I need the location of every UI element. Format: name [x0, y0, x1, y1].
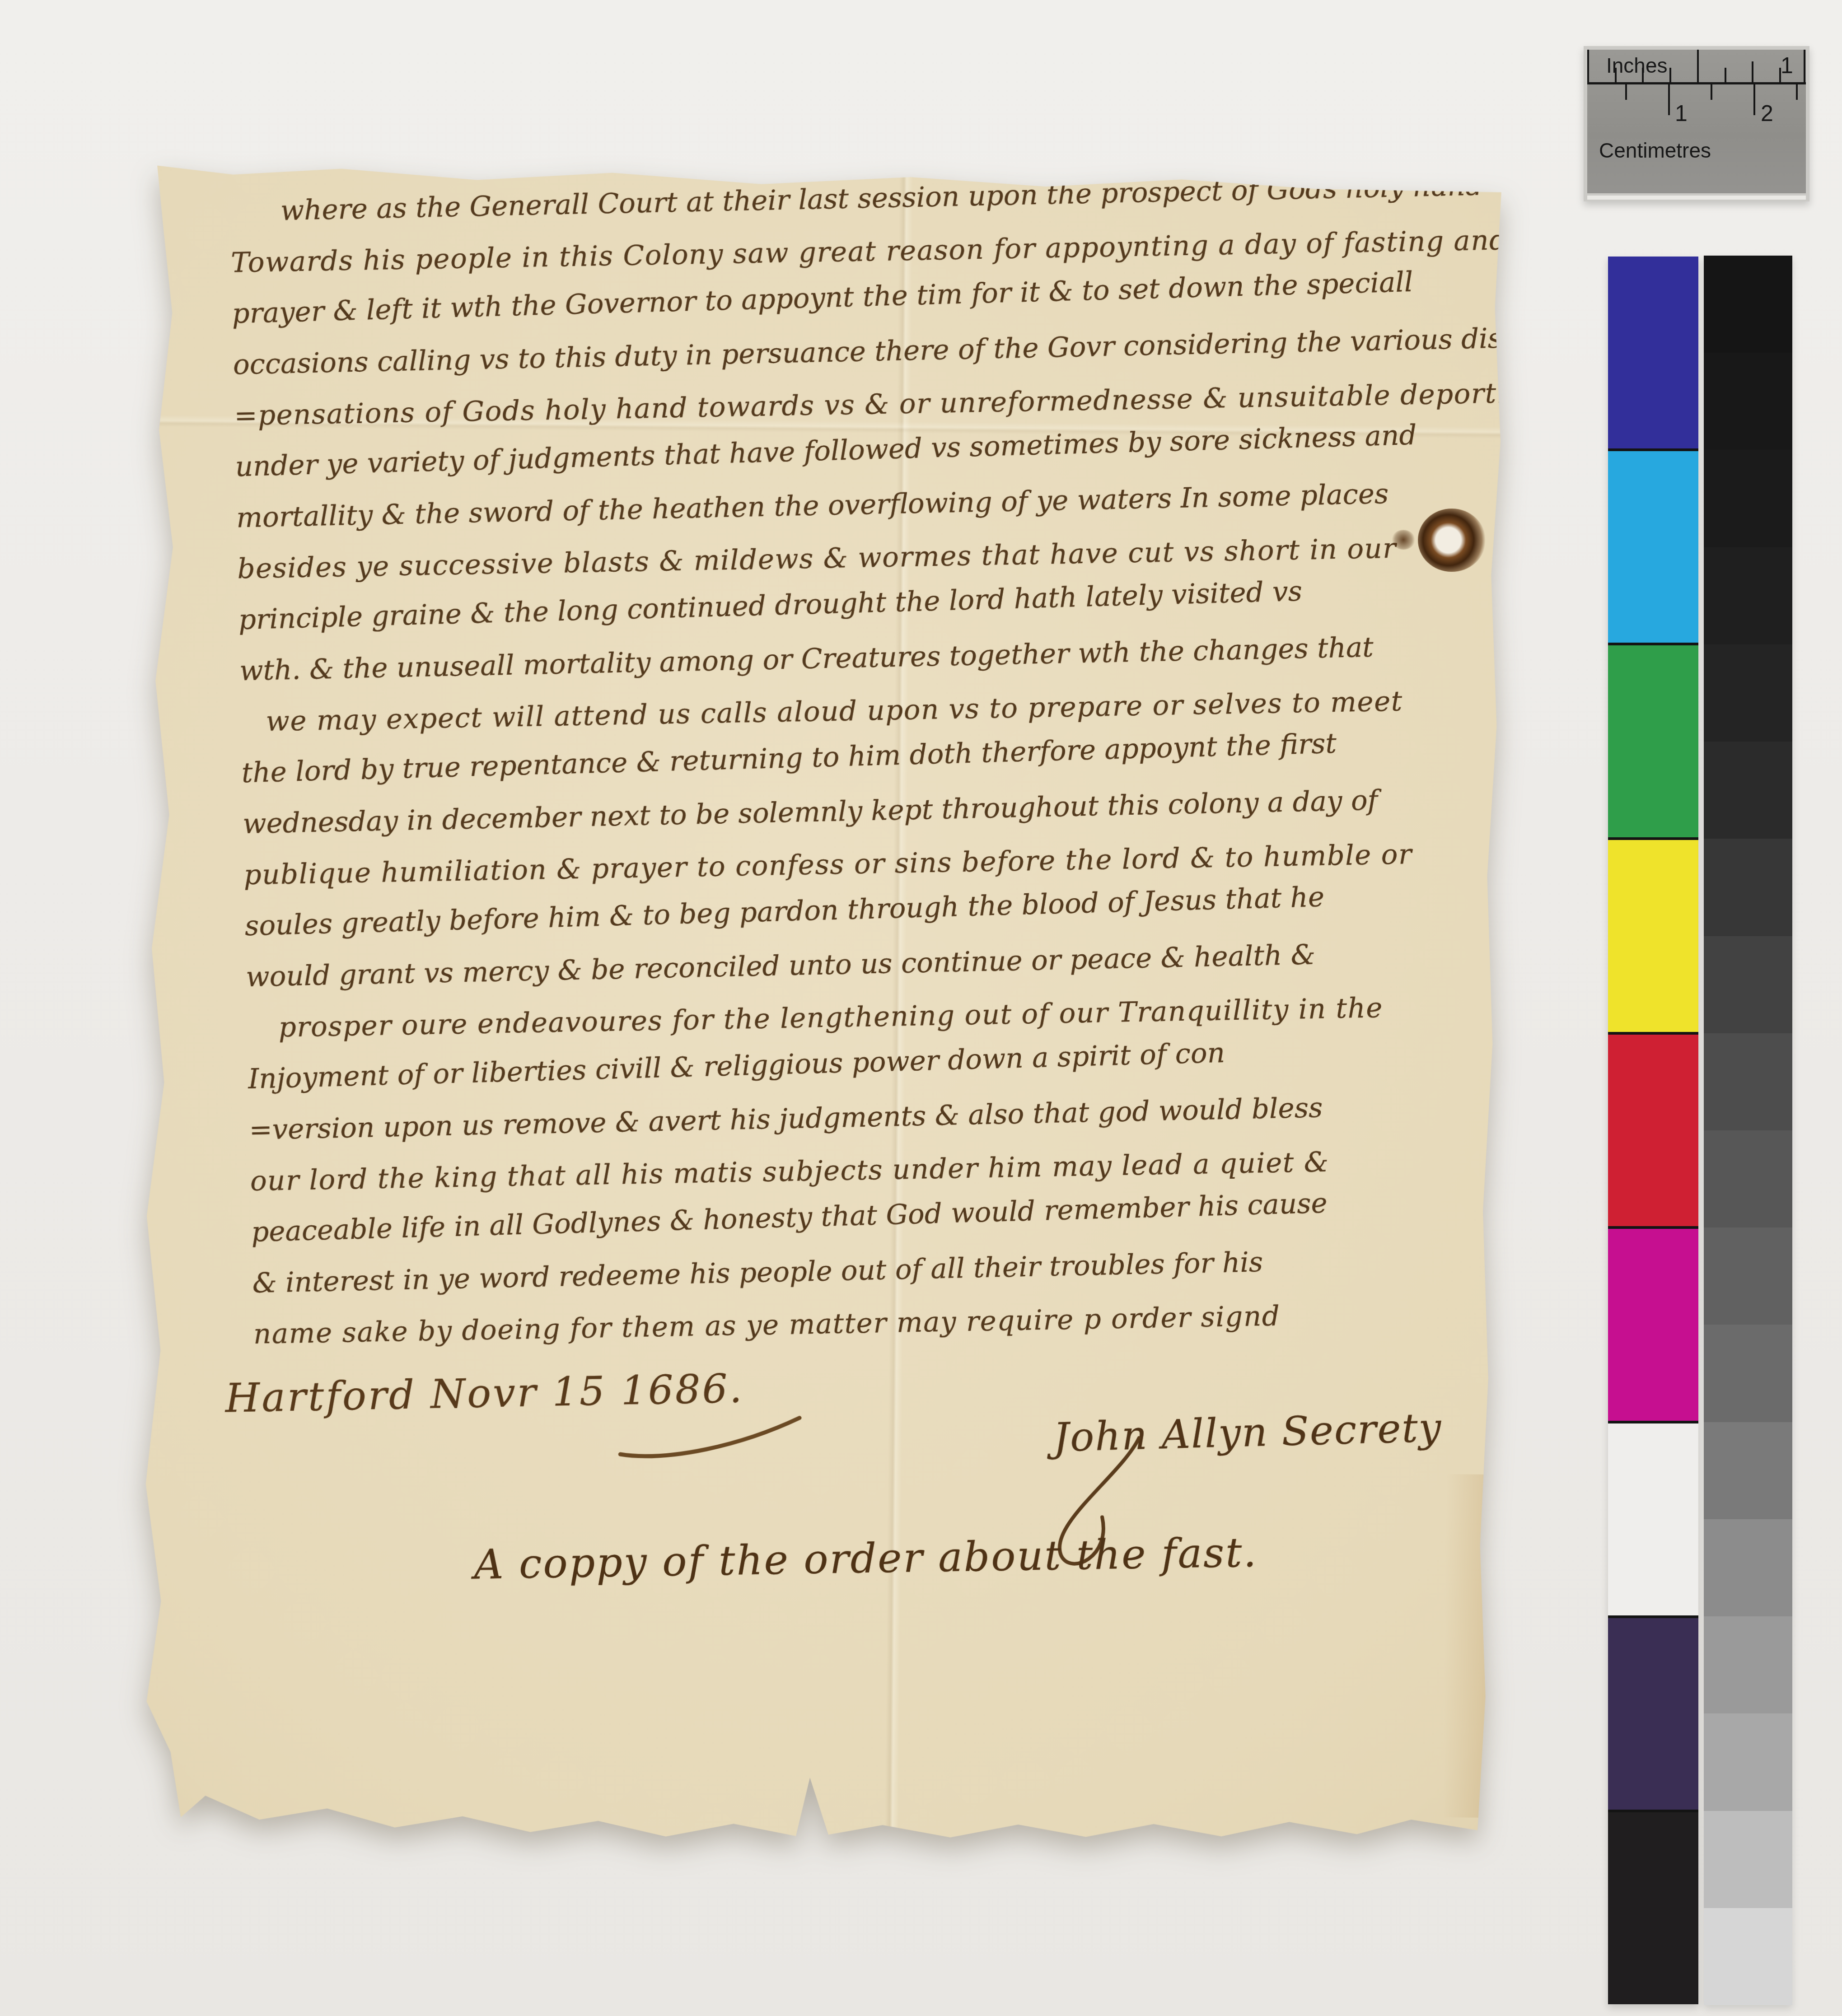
- gray-step: [1704, 1325, 1792, 1422]
- gray-step: [1704, 1713, 1792, 1811]
- gray-step: [1704, 1033, 1792, 1130]
- gray-step: [1704, 1422, 1792, 1519]
- inch-tick: [1804, 50, 1805, 82]
- cm-tick: [1796, 84, 1798, 100]
- color-swatch-yellow: [1608, 840, 1698, 1032]
- cm-number-2: 2: [1761, 100, 1773, 126]
- centimetres-label: Centimetres: [1599, 138, 1711, 163]
- ink-blot-small: [1392, 530, 1415, 550]
- color-swatch-green: [1608, 645, 1698, 837]
- gray-step: [1704, 644, 1792, 742]
- gray-step: [1704, 547, 1792, 644]
- gray-step: [1704, 1227, 1792, 1325]
- inch-tick: [1697, 50, 1699, 82]
- color-swatch-black: [1608, 1812, 1698, 2004]
- cm-number-1: 1: [1675, 100, 1688, 126]
- color-swatch-blue: [1608, 257, 1698, 448]
- color-swatch-white: [1608, 1423, 1698, 1615]
- inch-tick: [1752, 61, 1753, 82]
- gray-step: [1704, 1811, 1792, 1908]
- dateline: Hartford Novr 15 1686.: [225, 1365, 744, 1421]
- manuscript-page: where as the Generall Court at their las…: [137, 162, 1507, 1847]
- cm-tick: [1753, 84, 1755, 115]
- gray-step: [1704, 1616, 1792, 1713]
- inch-tick: [1615, 68, 1617, 82]
- gray-step: [1704, 1130, 1792, 1227]
- color-swatch-violet: [1608, 1618, 1698, 1810]
- signature: John Allyn Secrety: [1053, 1404, 1443, 1461]
- gray-step: [1704, 1519, 1792, 1616]
- inch-tick: [1642, 68, 1644, 82]
- cm-tick: [1711, 84, 1712, 100]
- color-swatch-cyan: [1608, 451, 1698, 643]
- gray-step: [1704, 353, 1792, 450]
- inch-tick: [1779, 68, 1781, 82]
- manuscript-page-wrap: where as the Generall Court at their las…: [137, 162, 1507, 1847]
- endorsement: A coppy of the order about the fast.: [474, 1529, 1258, 1588]
- ink-blot: [1417, 508, 1486, 572]
- gray-step: [1704, 256, 1792, 353]
- grayscale-calibration-strip: [1704, 256, 1792, 2005]
- cm-tick: [1625, 84, 1627, 100]
- ruler-scale-card: Inches 1 1 2 Centimetres: [1584, 46, 1809, 201]
- date-underline-flourish: [615, 1413, 805, 1464]
- gray-step: [1704, 839, 1792, 936]
- inch-tick: [1587, 50, 1589, 82]
- color-calibration-strip: [1608, 257, 1698, 2004]
- inch-tick: [1725, 68, 1726, 82]
- inch-tick: [1669, 68, 1671, 82]
- edge-stain: [1443, 1474, 1496, 1818]
- manuscript-text-block: where as the Generall Court at their las…: [229, 160, 1519, 1360]
- inch-number-1: 1: [1781, 52, 1793, 79]
- gray-step: [1704, 742, 1792, 839]
- color-swatch-red: [1608, 1035, 1698, 1227]
- scan-background: where as the Generall Court at their las…: [0, 0, 1842, 2016]
- gray-step: [1704, 936, 1792, 1033]
- gray-step: [1704, 1908, 1792, 2005]
- ruler-face: Inches 1 1 2 Centimetres: [1587, 50, 1806, 193]
- gray-step: [1704, 450, 1792, 547]
- color-swatch-magenta: [1608, 1229, 1698, 1421]
- ruler-baseline: [1587, 82, 1806, 84]
- cm-tick: [1668, 84, 1670, 115]
